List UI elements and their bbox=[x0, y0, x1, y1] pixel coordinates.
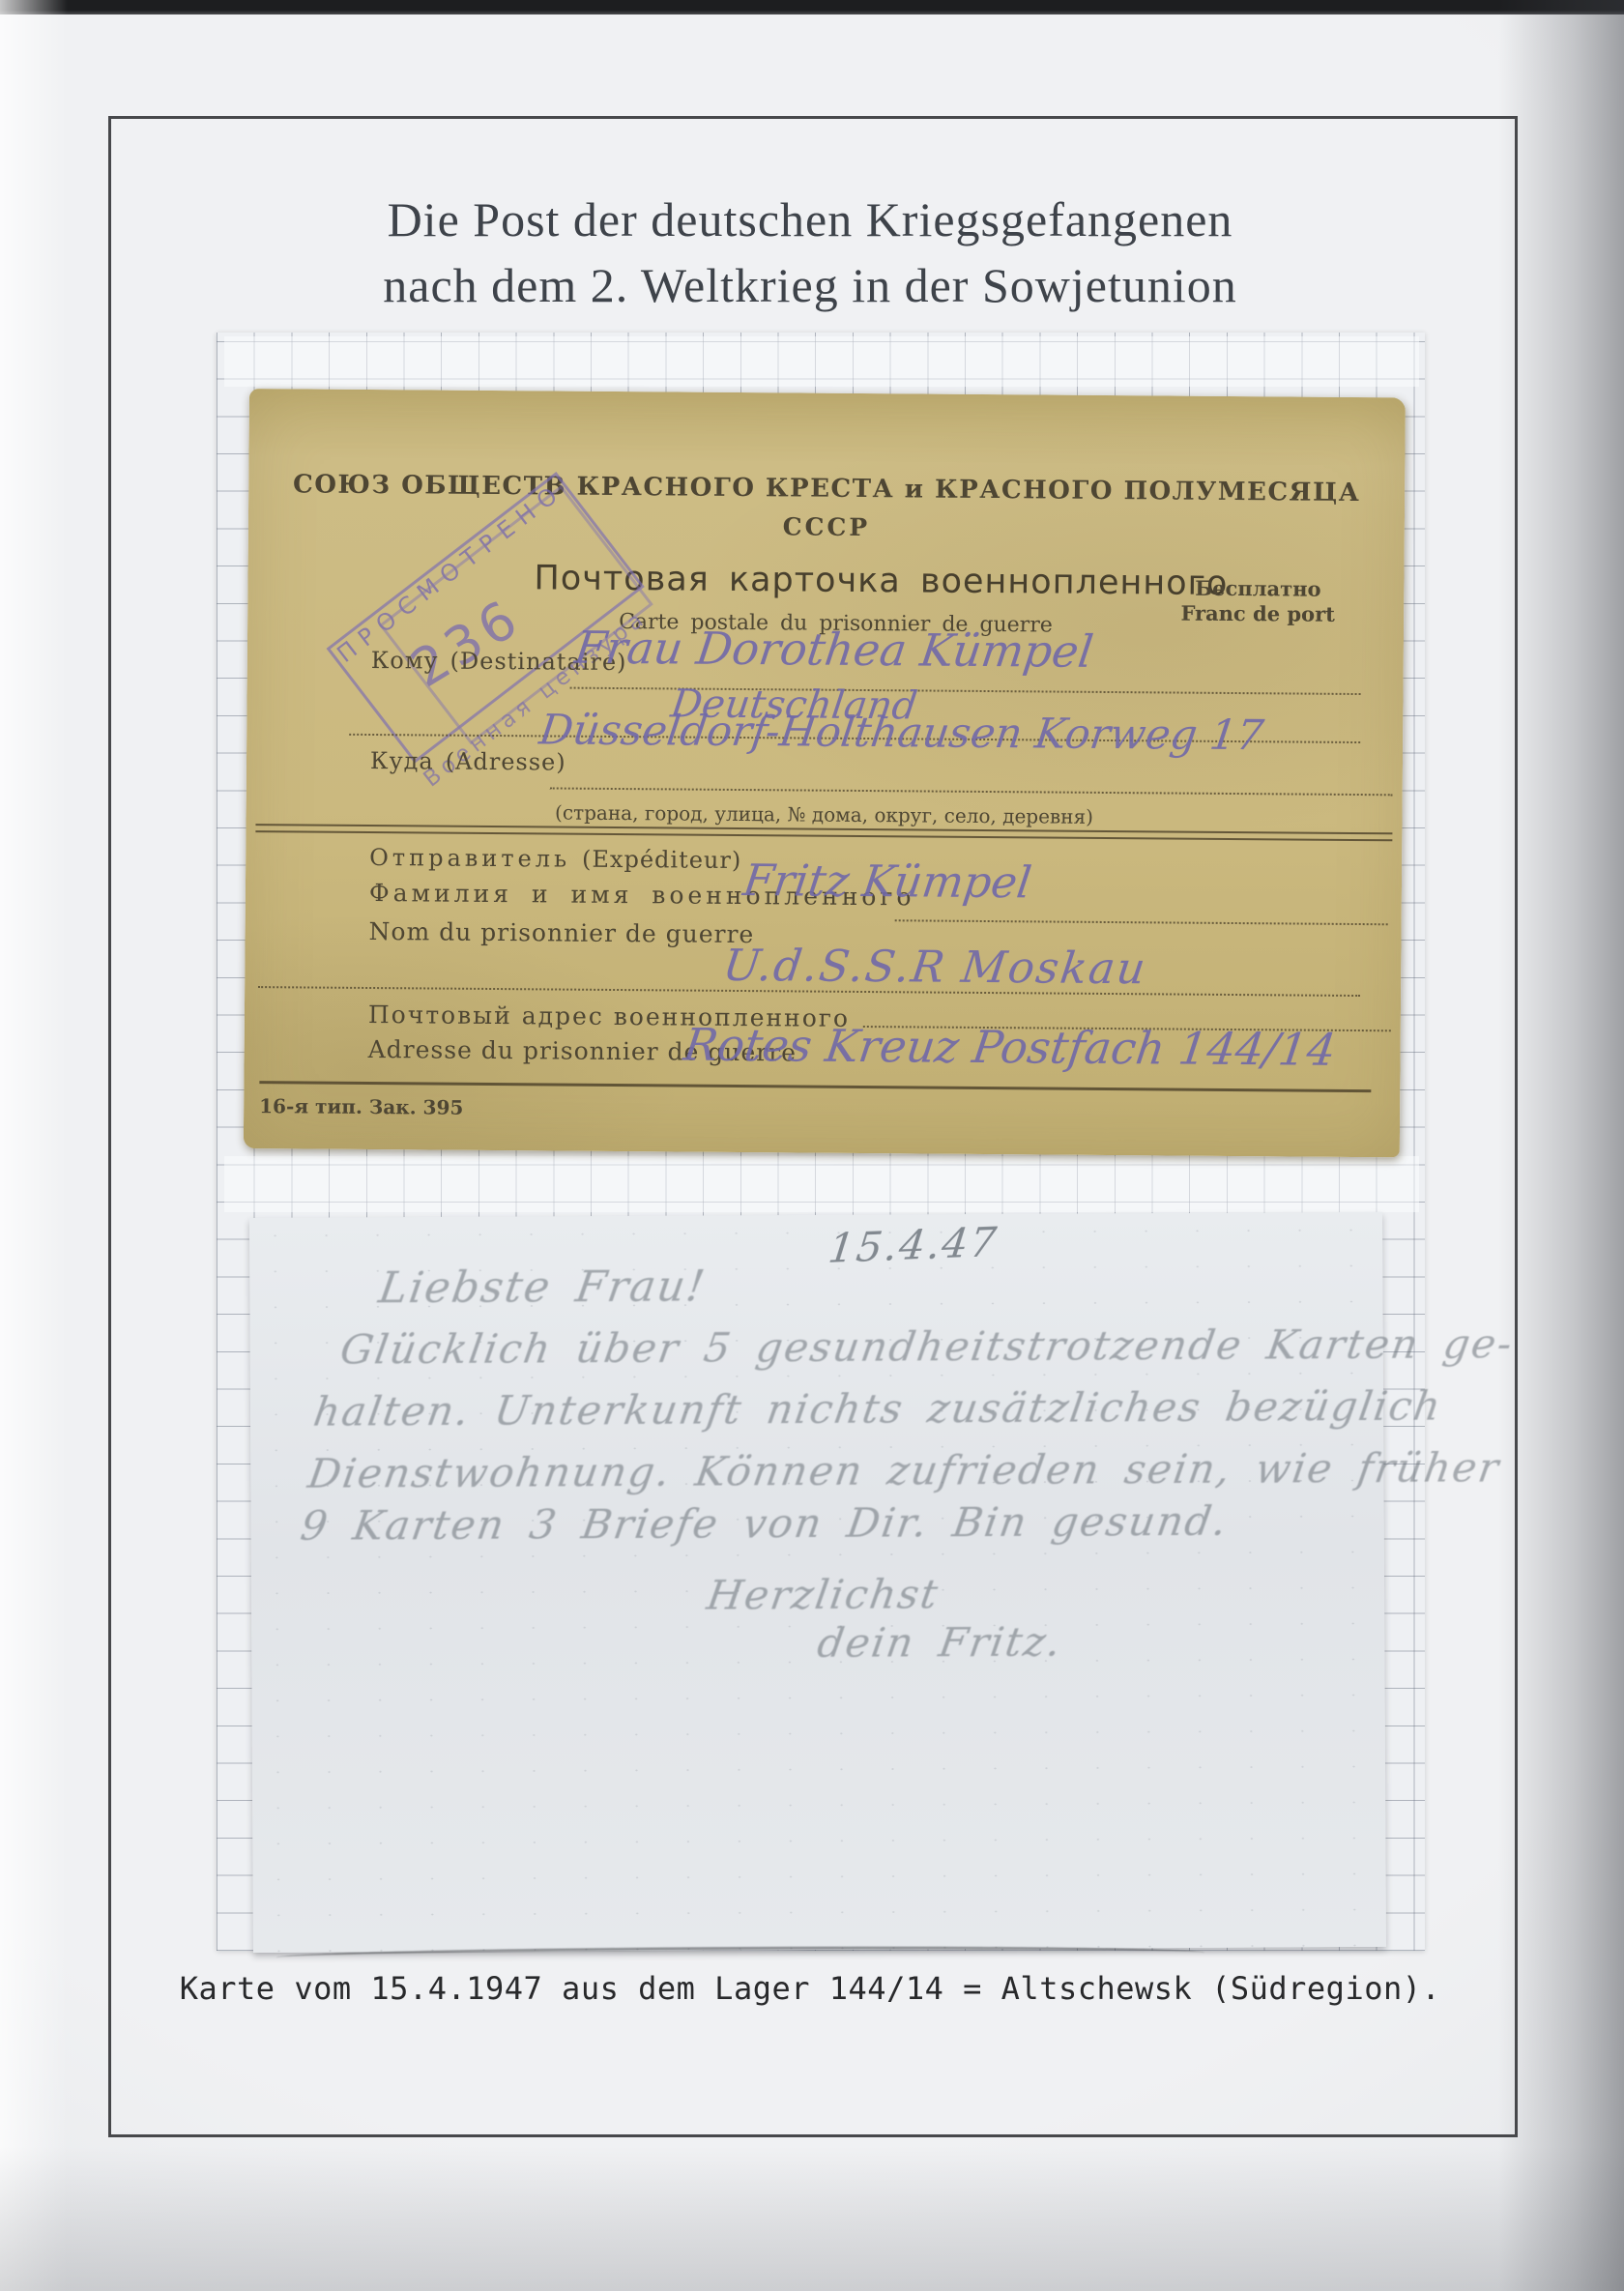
photo-bottom-shadow bbox=[0, 2146, 1624, 2291]
message-line-4: Dienstwohnung. Können zufrieden sein, wi… bbox=[305, 1443, 1504, 1496]
photo-left-highlight bbox=[0, 0, 68, 2291]
message-line-3: halten. Unterkunft nichts zusätzliches b… bbox=[310, 1382, 1445, 1435]
address-label-russian: Куда bbox=[370, 747, 434, 775]
message-date-handwriting: 15.4.47 bbox=[826, 1218, 1000, 1272]
addressee-name-handwriting: Frau Dorothea Kümpel bbox=[572, 622, 1096, 678]
pow-origin-handwriting: U.d.S.S.R Moskau bbox=[720, 940, 1150, 994]
postage-free-note: Бесплатно Franc de port bbox=[1156, 575, 1359, 627]
sender-label: Отправитель(Expéditeur) bbox=[369, 844, 741, 874]
page-title-line1: Die Post der deutschen Kriegsgefangenen bbox=[108, 191, 1512, 247]
ussr-label: СССР bbox=[248, 508, 1405, 545]
printer-imprint: 16-я тип. Зак. 395 bbox=[259, 1094, 463, 1119]
message-line-2: Glücklich über 5 gesundheitstrotzende Ka… bbox=[337, 1319, 1517, 1373]
postage-free-french: Franc de port bbox=[1156, 601, 1359, 628]
message-line-1: Liebste Frau! bbox=[376, 1262, 710, 1314]
exhibit-caption: Karte vom 15.4.1947 aus dem Lager 144/14… bbox=[108, 1970, 1512, 2007]
message-closing-2: dein Fritz. bbox=[814, 1618, 1065, 1667]
sender-label-french: (Expéditeur) bbox=[582, 846, 741, 874]
message-closing-1: Herzlichst bbox=[704, 1570, 942, 1618]
pow-address-line-2 bbox=[259, 1081, 1371, 1092]
red-cross-union-header: СОЮЗ ОБЩЕСТВ КРАСНОГО КРЕСТА и КРАСНОГО … bbox=[248, 470, 1405, 507]
pow-name-line bbox=[895, 919, 1388, 925]
pow-address-handwriting: Rotes Kreuz Postfach 144/14 bbox=[681, 1019, 1339, 1076]
mount-strip-middle bbox=[224, 1156, 1419, 1212]
photo-right-shadow bbox=[1498, 0, 1624, 2291]
pow-name-label-french: Nom du prisonnier de guerre bbox=[368, 917, 754, 948]
message-line-5: 9 Karten 3 Briefe von Dir. Bin gesund. bbox=[298, 1497, 1232, 1550]
pow-postcard: СОЮЗ ОБЩЕСТВ КРАСНОГО КРЕСТА и КРАСНОГО … bbox=[244, 389, 1406, 1157]
message-sheet: 15.4.47 Liebste Frau! Glücklich über 5 g… bbox=[249, 1212, 1386, 1953]
address-line-3 bbox=[550, 787, 1393, 796]
album-page-photo: Die Post der deutschen Kriegsgefangenen … bbox=[0, 0, 1624, 2291]
postage-free-russian: Бесплатно bbox=[1156, 575, 1359, 602]
address-handwriting: Düsseldorf-Holthausen Korweg 17 bbox=[536, 706, 1266, 760]
photo-top-shadow bbox=[0, 0, 1624, 14]
mount-strip-top bbox=[224, 336, 1419, 387]
page-title-line2: nach dem 2. Weltkrieg in der Sowjetunion bbox=[108, 257, 1512, 313]
to-label-russian: Кому bbox=[371, 647, 439, 675]
sender-label-russian: Отправитель bbox=[369, 844, 570, 873]
pow-name-handwriting: Fritz Kümpel bbox=[740, 855, 1034, 908]
